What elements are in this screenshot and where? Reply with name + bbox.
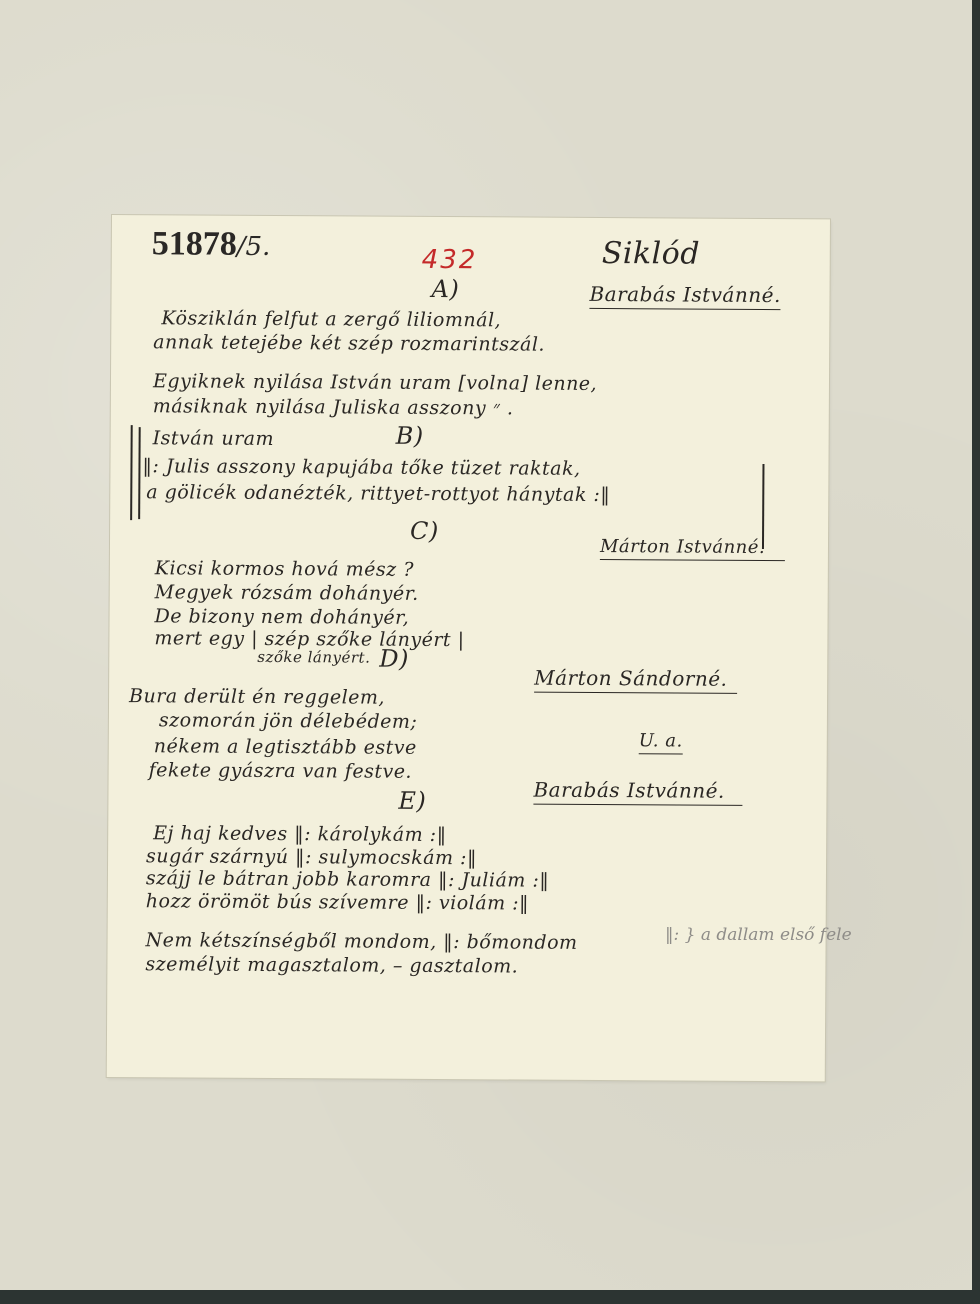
- section-label-a: A): [431, 275, 459, 303]
- section-label-c: C): [410, 517, 439, 545]
- verse-line: Ej haj kedves ‖: károlykám :‖: [153, 822, 447, 846]
- scan-edge-bottom: [0, 1290, 980, 1304]
- verse-line: Nem kétszínségből mondom, ‖: bőmondom: [146, 929, 578, 954]
- section-label-b: B): [396, 422, 424, 450]
- verse-line: Megyek rózsám dohányér.: [155, 581, 419, 605]
- section-label-e: E): [398, 787, 426, 815]
- verse-line: fekete gyászra van festve.: [149, 759, 413, 783]
- pencil-annotation: ‖: } a dallam első fele: [665, 925, 852, 945]
- verse-line: a gölicék odanézték, rittyet-rottyot hán…: [146, 481, 610, 506]
- verse-line: szomorán jön délebédem;: [159, 709, 418, 733]
- section-label-d: D): [379, 645, 409, 673]
- scan-edge-right: [972, 0, 980, 1304]
- catalog-number: 51878/5.: [152, 225, 271, 264]
- place-name: Siklód: [602, 236, 700, 272]
- verse-line: ‖: Julis asszony kapujába tőke tüzet rak…: [142, 455, 580, 480]
- verse-line: nékem a legtisztább estve: [154, 735, 417, 759]
- verse-line: hozz örömöt bús szívemre ‖: violám :‖: [146, 890, 529, 914]
- verse-line: István uram: [153, 427, 275, 450]
- section-d-singer: U. a.: [639, 730, 683, 754]
- manuscript-sheet: 51878/5. 432 Siklód Barabás Istvánné. A)…: [107, 215, 830, 1081]
- red-page-number: 432: [422, 245, 478, 275]
- repeat-bar: [138, 427, 140, 519]
- verse-line: Kicsi kormos hová mész ?: [155, 557, 414, 581]
- verse-line: sugár szárnyú ‖: sulymocskám :‖: [146, 845, 477, 869]
- section-b-singer: Márton Istvánné.: [600, 536, 785, 561]
- verse-line: Kösziklán felfut a zergő liliomnál,: [161, 307, 501, 331]
- section-c-singer: Márton Sándorné.: [534, 666, 737, 694]
- verse-line: Bura derült én reggelem,: [129, 685, 385, 709]
- verse-line: szőke lányért.: [257, 648, 370, 667]
- catalog-suffix: /5.: [237, 232, 271, 262]
- section-e-singer: Barabás Istvánné.: [533, 778, 743, 806]
- catalog-number-value: 51878: [152, 225, 237, 263]
- verse-line: annak tetejébe két szép rozmarintszál.: [153, 331, 545, 355]
- verse-line: személyit magasztalom, – gasztalom.: [145, 953, 518, 977]
- verse-line: De bizony nem dohányér,: [154, 605, 409, 629]
- verse-line: másiknak nyilása Juliska asszony ״ .: [153, 395, 514, 420]
- verse-line: szájj le bátran jobb karomra ‖: Juliám :…: [146, 867, 549, 891]
- verse-line: Egyiknek nyilása István uram [volna] len…: [153, 370, 597, 395]
- repeat-bar: [130, 425, 132, 520]
- header-singer: Barabás Istvánné.: [589, 282, 781, 310]
